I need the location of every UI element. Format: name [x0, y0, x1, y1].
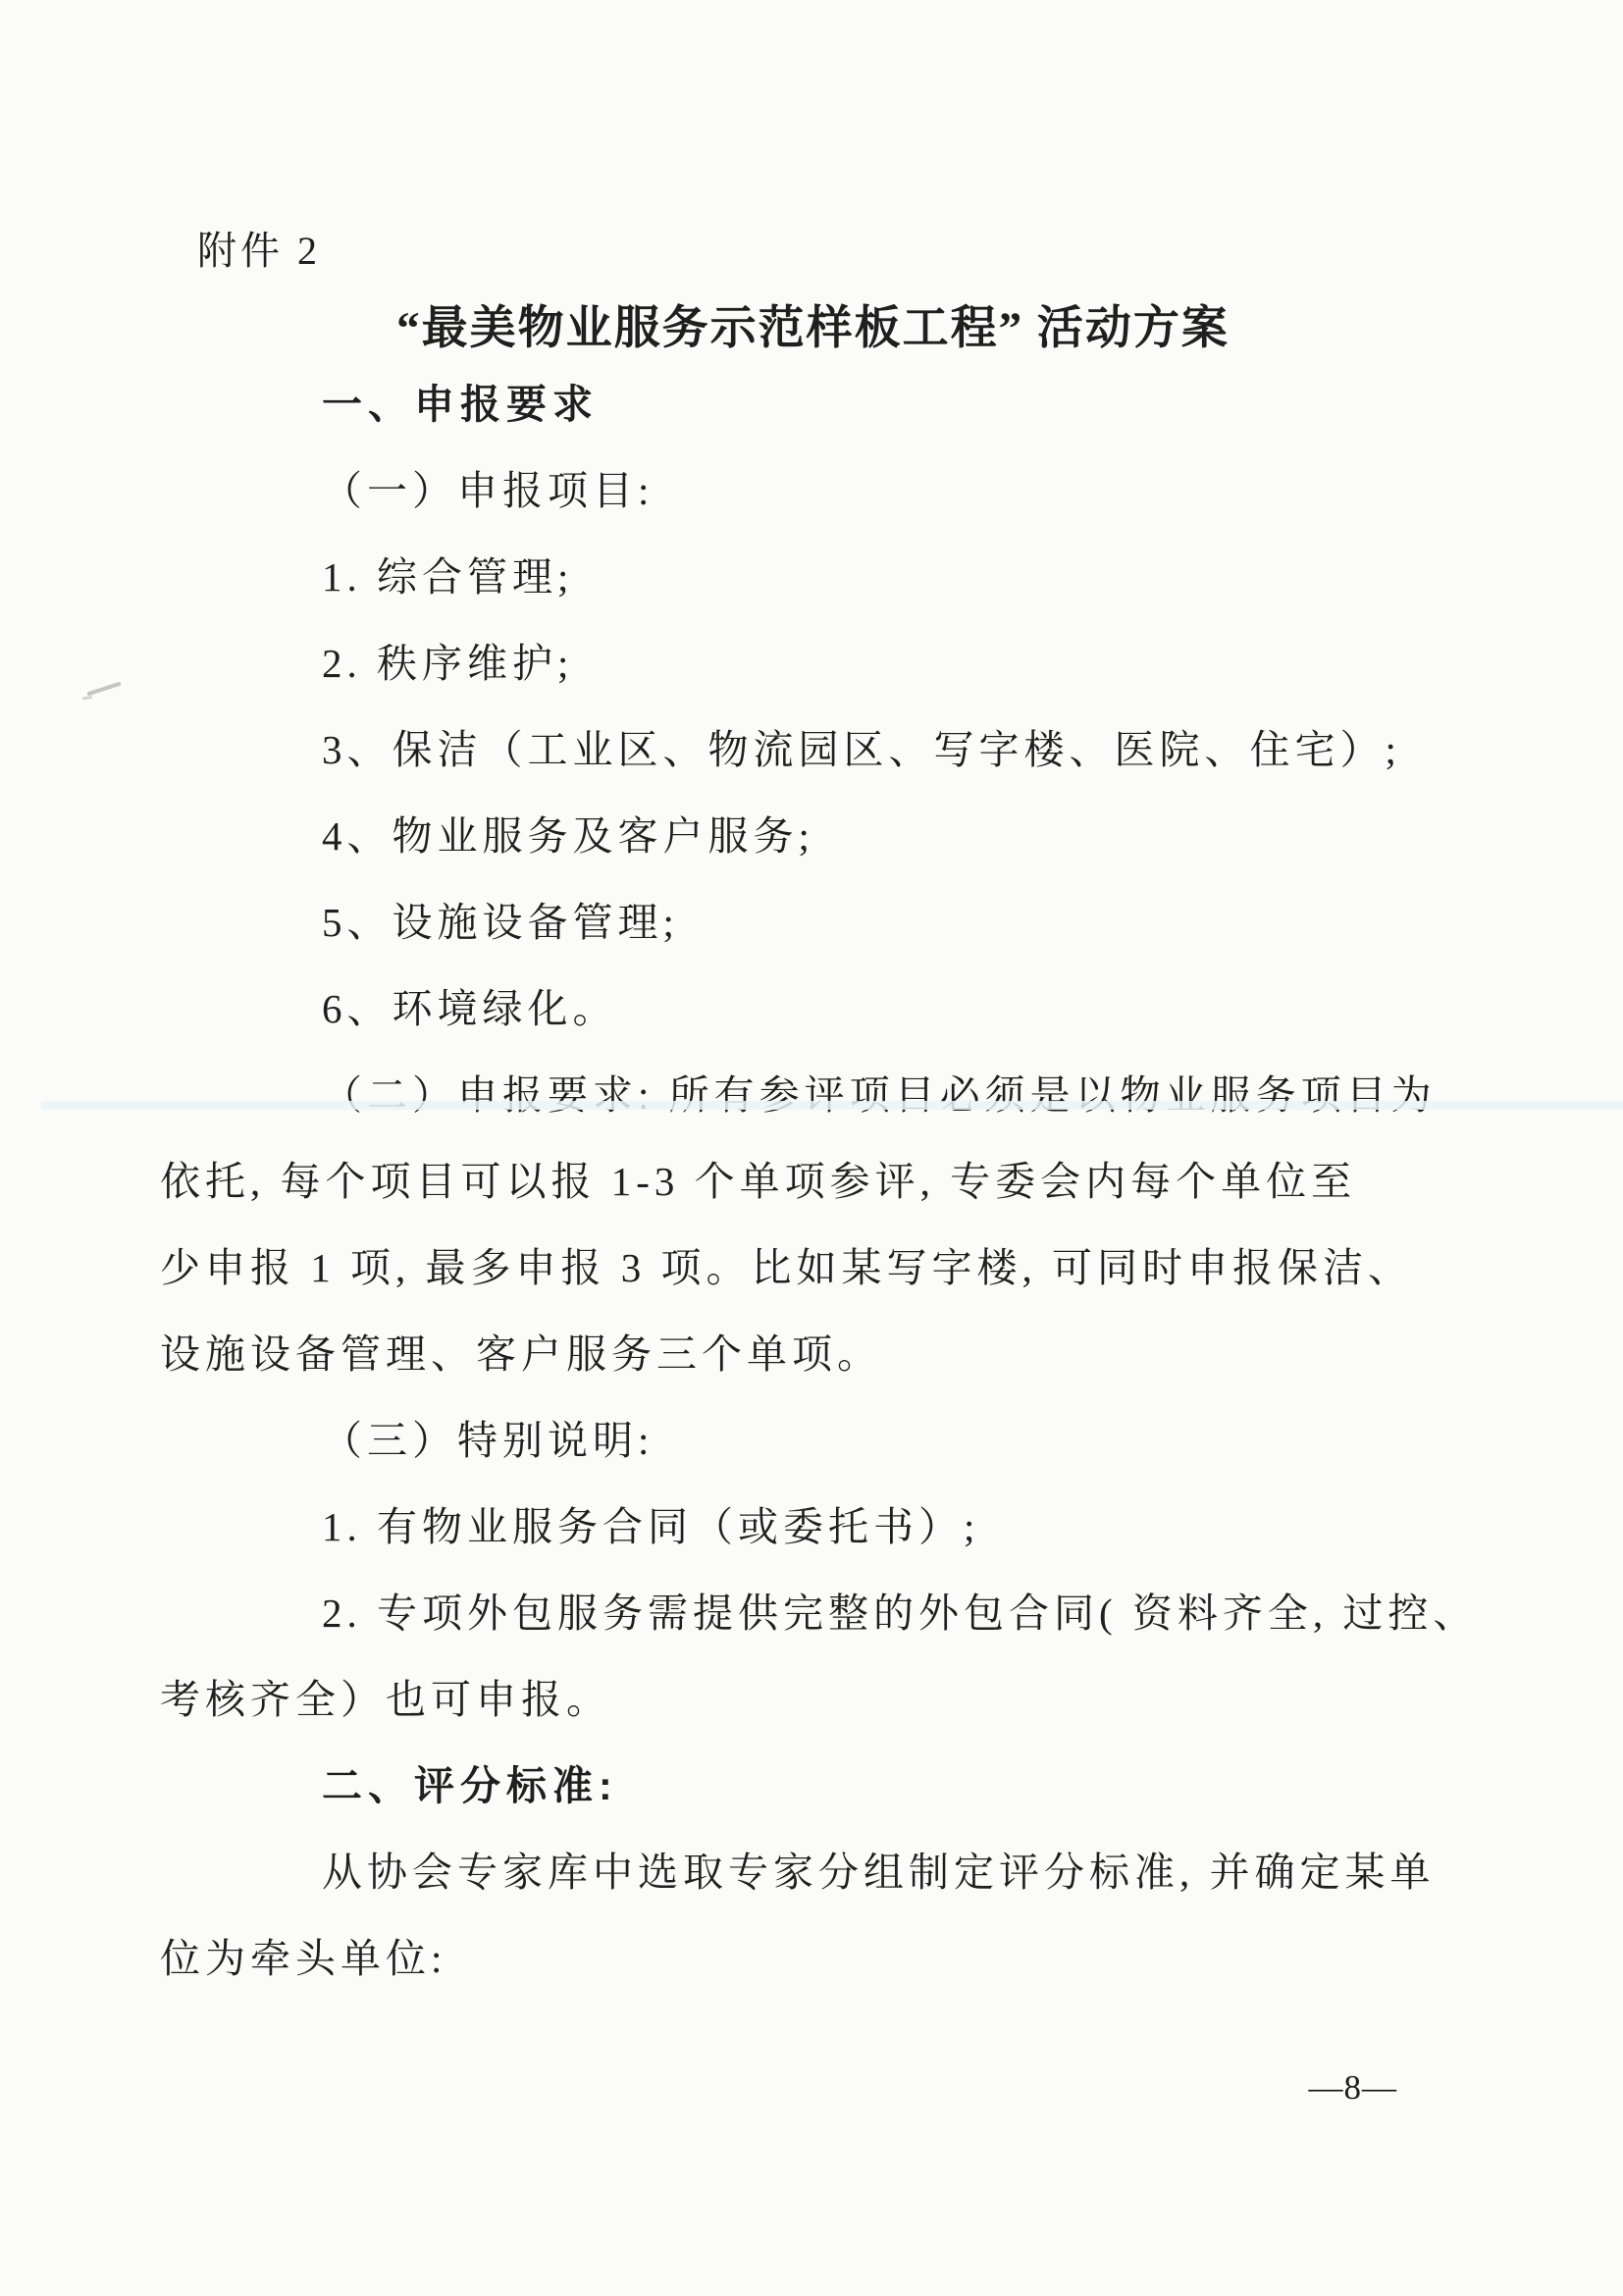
list-item-project-6: 6、环境绿化。	[160, 965, 1466, 1052]
section-1-heading: 一、申报要求	[160, 361, 1466, 447]
list-item-project-2: 2. 秩序维护;	[160, 620, 1466, 706]
requirement-paragraph-line: 设施设备管理、客户服务三个单项。	[160, 1311, 1466, 1397]
section-1-sub-heading-3: （三）特别说明:	[160, 1397, 1466, 1484]
requirement-paragraph-line: （二）申报要求: 所有参评项目必须是以物业服务项目为	[160, 1052, 1466, 1138]
list-item-project-5: 5、设施设备管理;	[160, 879, 1466, 965]
special-note-line: 2. 专项外包服务需提供完整的外包合同( 资料齐全, 过控、	[160, 1570, 1466, 1656]
scan-artifact-band	[41, 1101, 1623, 1110]
section-1-sub-heading-1: （一）申报项目:	[160, 447, 1466, 534]
document-title: “最美物业服务示范样板工程” 活动方案	[160, 296, 1466, 361]
section-2-paragraph-line: 位为牵头单位:	[160, 1915, 1466, 2002]
requirement-paragraph-line: 少申报 1 项, 最多申报 3 项。比如某写字楼, 可同时申报保洁、	[160, 1225, 1466, 1311]
special-note-line: 1. 有物业服务合同（或委托书）;	[160, 1484, 1466, 1570]
document-page: 附件 2 “最美物业服务示范样板工程” 活动方案 一、申报要求 （一）申报项目:…	[0, 0, 1623, 2296]
list-item-project-4: 4、物业服务及客户服务;	[160, 793, 1466, 879]
list-item-project-1: 1. 综合管理;	[160, 534, 1466, 620]
section-2-heading: 二、评分标准:	[160, 1743, 1466, 1829]
list-item-project-3: 3、保洁（工业区、物流园区、写字楼、医院、住宅）;	[160, 706, 1466, 793]
page-number: —8—	[1309, 2068, 1398, 2108]
special-note-line: 考核齐全）也可申报。	[160, 1656, 1466, 1743]
requirement-paragraph-line: 依托, 每个项目可以报 1-3 个单项参评, 专委会内每个单位至	[160, 1138, 1466, 1225]
attachment-label: 附件 2	[197, 224, 1466, 279]
section-2-paragraph-line: 从协会专家库中选取专家分组制定评分标准, 并确定某单	[160, 1829, 1466, 1915]
